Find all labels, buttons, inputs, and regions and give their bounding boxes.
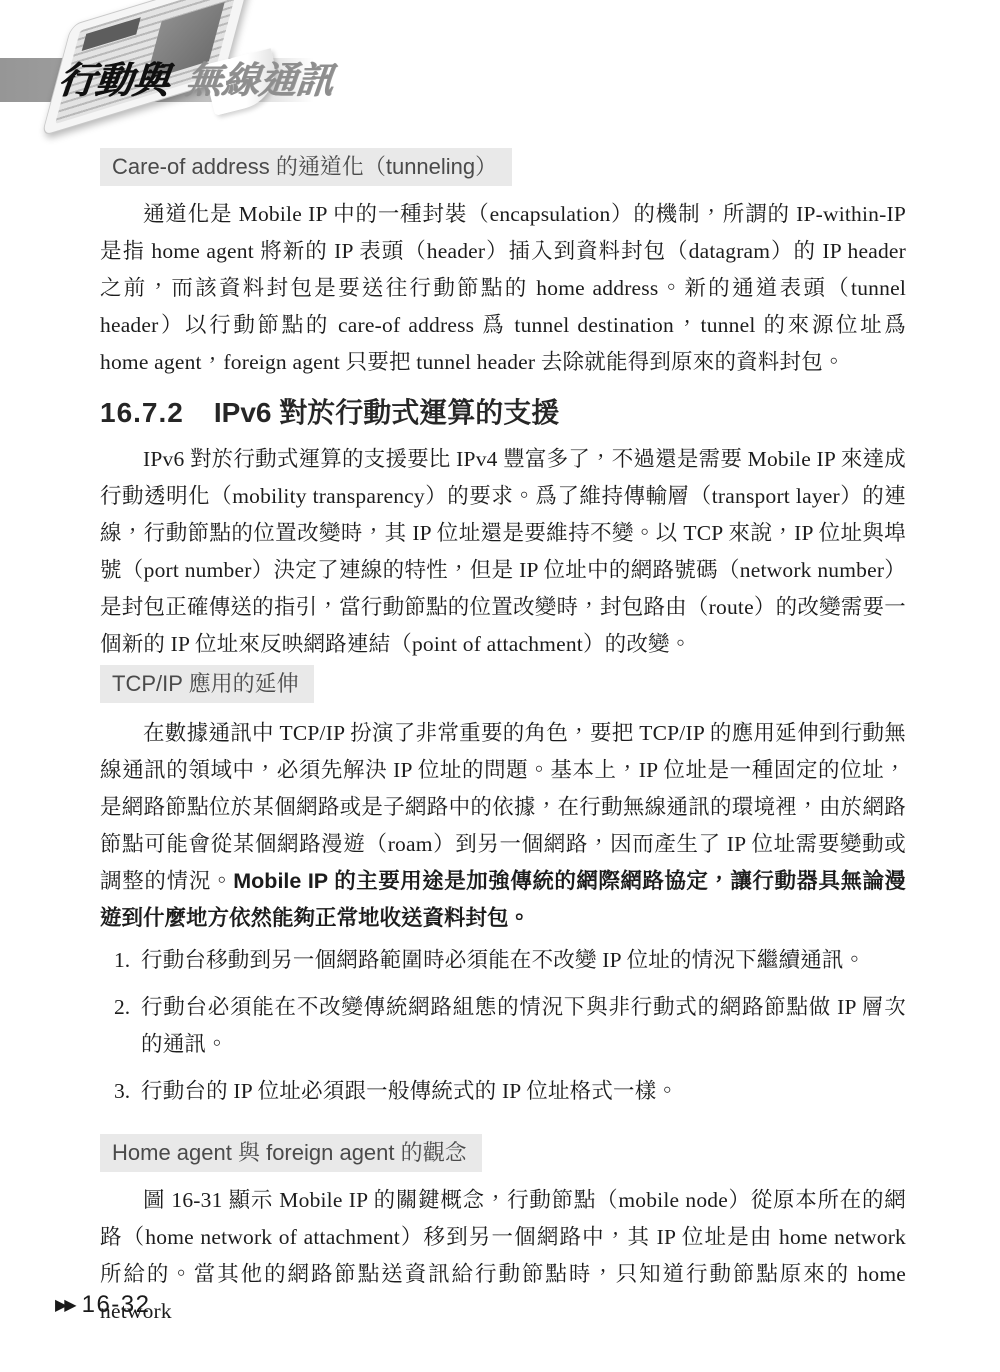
page-content: Care-of address 的通道化（tunneling） 通道化是 Mob… <box>100 148 906 1330</box>
subsection-box-home-foreign-agent: Home agent 與 foreign agent 的觀念 <box>100 1134 482 1172</box>
book-title: 行動與無線通訊 <box>56 62 335 102</box>
subsection-box-tcpip-extension: TCP/IP 應用的延伸 <box>100 665 314 703</box>
paragraph-tcpip-normal-run: 在數據通訊中 TCP/IP 扮演了非常重要的角色，要把 TCP/IP 的應用延伸… <box>100 721 906 893</box>
page-footer: ▶▶16-32 <box>55 1291 151 1319</box>
list-item-number: 1. <box>100 942 141 979</box>
section-heading-16-7-2: 16.7.2IPv6 對於行動式運算的支援 <box>100 392 906 434</box>
subsection-box-careof-tunneling: Care-of address 的通道化（tunneling） <box>100 148 512 186</box>
book-title-part2: 無線通訊 <box>183 61 335 102</box>
section-title: IPv6 對於行動式運算的支援 <box>214 397 559 428</box>
list-item-text: 行動台必須能在不改變傳統網路組態的情況下與非行動式的網路節點做 IP 層次的通訊… <box>141 989 906 1063</box>
list-item-number: 3. <box>100 1073 141 1110</box>
section-number: 16.7.2 <box>100 397 184 428</box>
paragraph-ipv6-support: IPv6 對於行動式運算的支援要比 IPv4 豐富多了，不過還是需要 Mobil… <box>100 441 906 663</box>
paragraph-tcpip-extension: 在數據通訊中 TCP/IP 扮演了非常重要的角色，要把 TCP/IP 的應用延伸… <box>100 715 906 937</box>
list-item-number: 2. <box>100 989 141 1063</box>
paragraph-mobile-ip-concept: 圖 16-31 顯示 Mobile IP 的關鍵概念，行動節點（mobile n… <box>100 1182 906 1330</box>
book-title-part1: 行動與 <box>56 61 171 102</box>
list-item: 3. 行動台的 IP 位址必須跟一般傳統式的 IP 位址格式一樣。 <box>100 1073 906 1110</box>
list-item: 1. 行動台移動到另一個網路範圍時必須能在不改變 IP 位址的情況下繼續通訊。 <box>100 942 906 979</box>
requirements-list: 1. 行動台移動到另一個網路範圍時必須能在不改變 IP 位址的情況下繼續通訊。 … <box>100 942 906 1110</box>
page-number: 16-32 <box>82 1291 151 1318</box>
paragraph-tunneling: 通道化是 Mobile IP 中的一種封裝（encapsulation）的機制，… <box>100 196 906 381</box>
list-item-text: 行動台的 IP 位址必須跟一般傳統式的 IP 位址格式一樣。 <box>141 1073 906 1110</box>
chapter-banner: 行動與無線通訊 <box>0 0 1000 135</box>
book-page: 行動與無線通訊 Care-of address 的通道化（tunneling） … <box>0 0 1000 1372</box>
double-arrow-icon: ▶▶ <box>55 1295 74 1314</box>
list-item: 2. 行動台必須能在不改變傳統網路組態的情況下與非行動式的網路節點做 IP 層次… <box>100 989 906 1063</box>
list-item-text: 行動台移動到另一個網路範圍時必須能在不改變 IP 位址的情況下繼續通訊。 <box>141 942 906 979</box>
newspaper-masthead <box>82 17 140 50</box>
